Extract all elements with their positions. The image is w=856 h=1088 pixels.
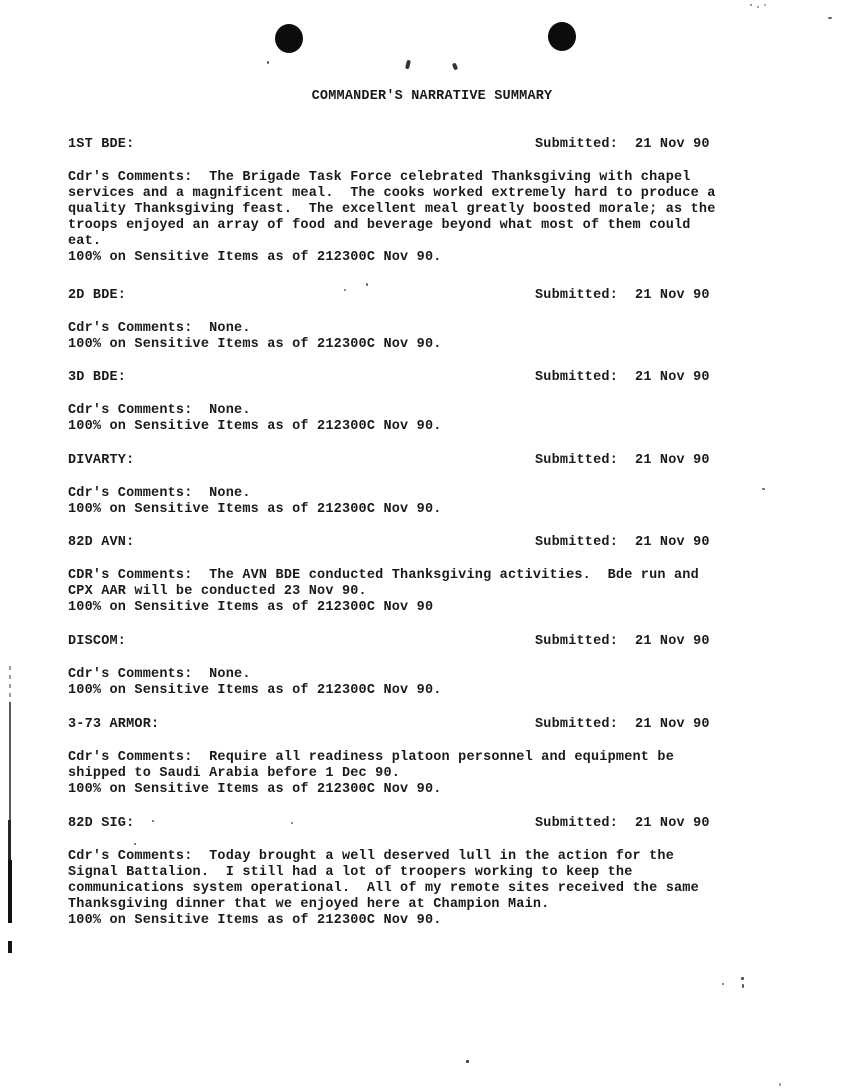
section-body: Cdr's Comments: Today brought a well des… [68,849,699,929]
scan-artifact [757,6,759,8]
section-header: DISCOM: Submitted:21 Nov 90 [68,634,808,650]
submitted-label: Submitted: [535,453,618,468]
submitted-field: Submitted:21 Nov 90 [535,137,710,153]
submitted-date: 21 Nov 90 [635,370,710,385]
commander-comments: Cdr's Comments: Today brought a well des… [68,849,699,913]
unit-label: DISCOM: [68,634,126,650]
submitted-date: 21 Nov 90 [635,816,710,831]
section-82d-avn: 82D AVN: Submitted:21 Nov 90 CDR's Comme… [68,535,808,551]
punch-hole-icon [275,24,303,53]
submitted-field: Submitted:21 Nov 90 [535,453,710,469]
scan-artifact [9,702,11,822]
commander-comments: Cdr's Comments: None. [68,667,442,683]
submitted-label: Submitted: [535,816,618,831]
commander-comments: CDR's Comments: The AVN BDE conducted Th… [68,568,699,600]
scan-artifact [366,283,368,286]
scan-artifact [8,860,12,923]
scan-artifact [8,941,12,953]
scan-artifact [722,983,724,985]
sensitive-items-line: 100% on Sensitive Items as of 212300C No… [68,683,442,699]
unit-label: 1ST BDE: [68,137,134,153]
submitted-field: Submitted:21 Nov 90 [535,816,710,832]
unit-label: DIVARTY: [68,453,134,469]
page-title: COMMANDER'S NARRATIVE SUMMARY [4,89,856,105]
section-body: Cdr's Comments: None. 100% on Sensitive … [68,321,442,353]
submitted-label: Submitted: [535,634,618,649]
sensitive-items-line: 100% on Sensitive Items as of 212300C No… [68,337,442,353]
scan-artifact [452,63,458,71]
sensitive-items-line: 100% on Sensitive Items as of 212300C No… [68,913,699,929]
submitted-label: Submitted: [535,137,618,152]
unit-label: 82D SIG: [68,816,134,832]
submitted-field: Submitted:21 Nov 90 [535,370,710,386]
scan-artifact [466,1060,469,1063]
section-header: 3D BDE: Submitted:21 Nov 90 [68,370,808,386]
submitted-date: 21 Nov 90 [635,535,710,550]
scan-artifact [9,666,11,704]
section-1st-bde: 1ST BDE: Submitted:21 Nov 90 Cdr's Comme… [68,137,808,153]
submitted-field: Submitted:21 Nov 90 [535,717,710,733]
document-page: COMMANDER'S NARRATIVE SUMMARY 1ST BDE: S… [0,0,856,1088]
submitted-date: 21 Nov 90 [635,453,710,468]
submitted-field: Submitted:21 Nov 90 [535,634,710,650]
scan-artifact [134,843,136,845]
scan-artifact [779,1083,781,1086]
unit-label: 3-73 ARMOR: [68,717,159,733]
section-header: DIVARTY: Submitted:21 Nov 90 [68,453,808,469]
submitted-label: Submitted: [535,535,618,550]
scan-artifact [828,17,832,19]
scan-artifact [344,289,346,291]
submitted-date: 21 Nov 90 [635,288,710,303]
section-body: Cdr's Comments: None. 100% on Sensitive … [68,486,442,518]
submitted-field: Submitted:21 Nov 90 [535,288,710,304]
unit-label: 3D BDE: [68,370,126,386]
submitted-field: Submitted:21 Nov 90 [535,535,710,551]
scan-artifact [764,4,766,6]
commander-comments: Cdr's Comments: None. [68,321,442,337]
unit-label: 82D AVN: [68,535,134,551]
commander-comments: Cdr's Comments: None. [68,403,442,419]
commander-comments: Cdr's Comments: None. [68,486,442,502]
scan-artifact [750,4,752,6]
sensitive-items-line: 100% on Sensitive Items as of 212300C No… [68,782,674,798]
submitted-date: 21 Nov 90 [635,634,710,649]
section-header: 82D AVN: Submitted:21 Nov 90 [68,535,808,551]
section-header: 1ST BDE: Submitted:21 Nov 90 [68,137,808,153]
section-header: 2D BDE: Submitted:21 Nov 90 [68,288,808,304]
sensitive-items-line: 100% on Sensitive Items as of 212300C No… [68,600,699,616]
section-header: 3-73 ARMOR: Submitted:21 Nov 90 [68,717,808,733]
sensitive-items-line: 100% on Sensitive Items as of 212300C No… [68,502,442,518]
section-body: Cdr's Comments: Require all readiness pl… [68,750,674,798]
section-2d-bde: 2D BDE: Submitted:21 Nov 90 Cdr's Commen… [68,288,808,304]
scan-artifact [152,820,154,822]
section-divarty: DIVARTY: Submitted:21 Nov 90 Cdr's Comme… [68,453,808,469]
section-body: CDR's Comments: The AVN BDE conducted Th… [68,568,699,616]
section-3-73-armor: 3-73 ARMOR: Submitted:21 Nov 90 Cdr's Co… [68,717,808,733]
scan-artifact [405,60,411,70]
unit-label: 2D BDE: [68,288,126,304]
scan-artifact [267,61,269,64]
submitted-label: Submitted: [535,717,618,732]
sensitive-items-line: 100% on Sensitive Items as of 212300C No… [68,419,442,435]
scan-artifact [742,984,744,988]
sensitive-items-line: 100% on Sensitive Items as of 212300C No… [68,250,716,266]
section-body: Cdr's Comments: The Brigade Task Force c… [68,170,716,265]
section-discom: DISCOM: Submitted:21 Nov 90 Cdr's Commen… [68,634,808,650]
section-body: Cdr's Comments: None. 100% on Sensitive … [68,403,442,435]
commander-comments: Cdr's Comments: Require all readiness pl… [68,750,674,782]
scan-artifact [8,820,11,862]
section-header: 82D SIG: Submitted:21 Nov 90 [68,816,808,832]
submitted-label: Submitted: [535,288,618,303]
scan-artifact [762,488,765,490]
section-3d-bde: 3D BDE: Submitted:21 Nov 90 Cdr's Commen… [68,370,808,386]
submitted-date: 21 Nov 90 [635,717,710,732]
submitted-date: 21 Nov 90 [635,137,710,152]
section-82d-sig: 82D SIG: Submitted:21 Nov 90 Cdr's Comme… [68,816,808,832]
scan-artifact [291,822,293,824]
section-body: Cdr's Comments: None. 100% on Sensitive … [68,667,442,699]
commander-comments: Cdr's Comments: The Brigade Task Force c… [68,170,716,250]
scan-artifact [741,977,744,980]
punch-hole-icon [548,22,576,51]
submitted-label: Submitted: [535,370,618,385]
